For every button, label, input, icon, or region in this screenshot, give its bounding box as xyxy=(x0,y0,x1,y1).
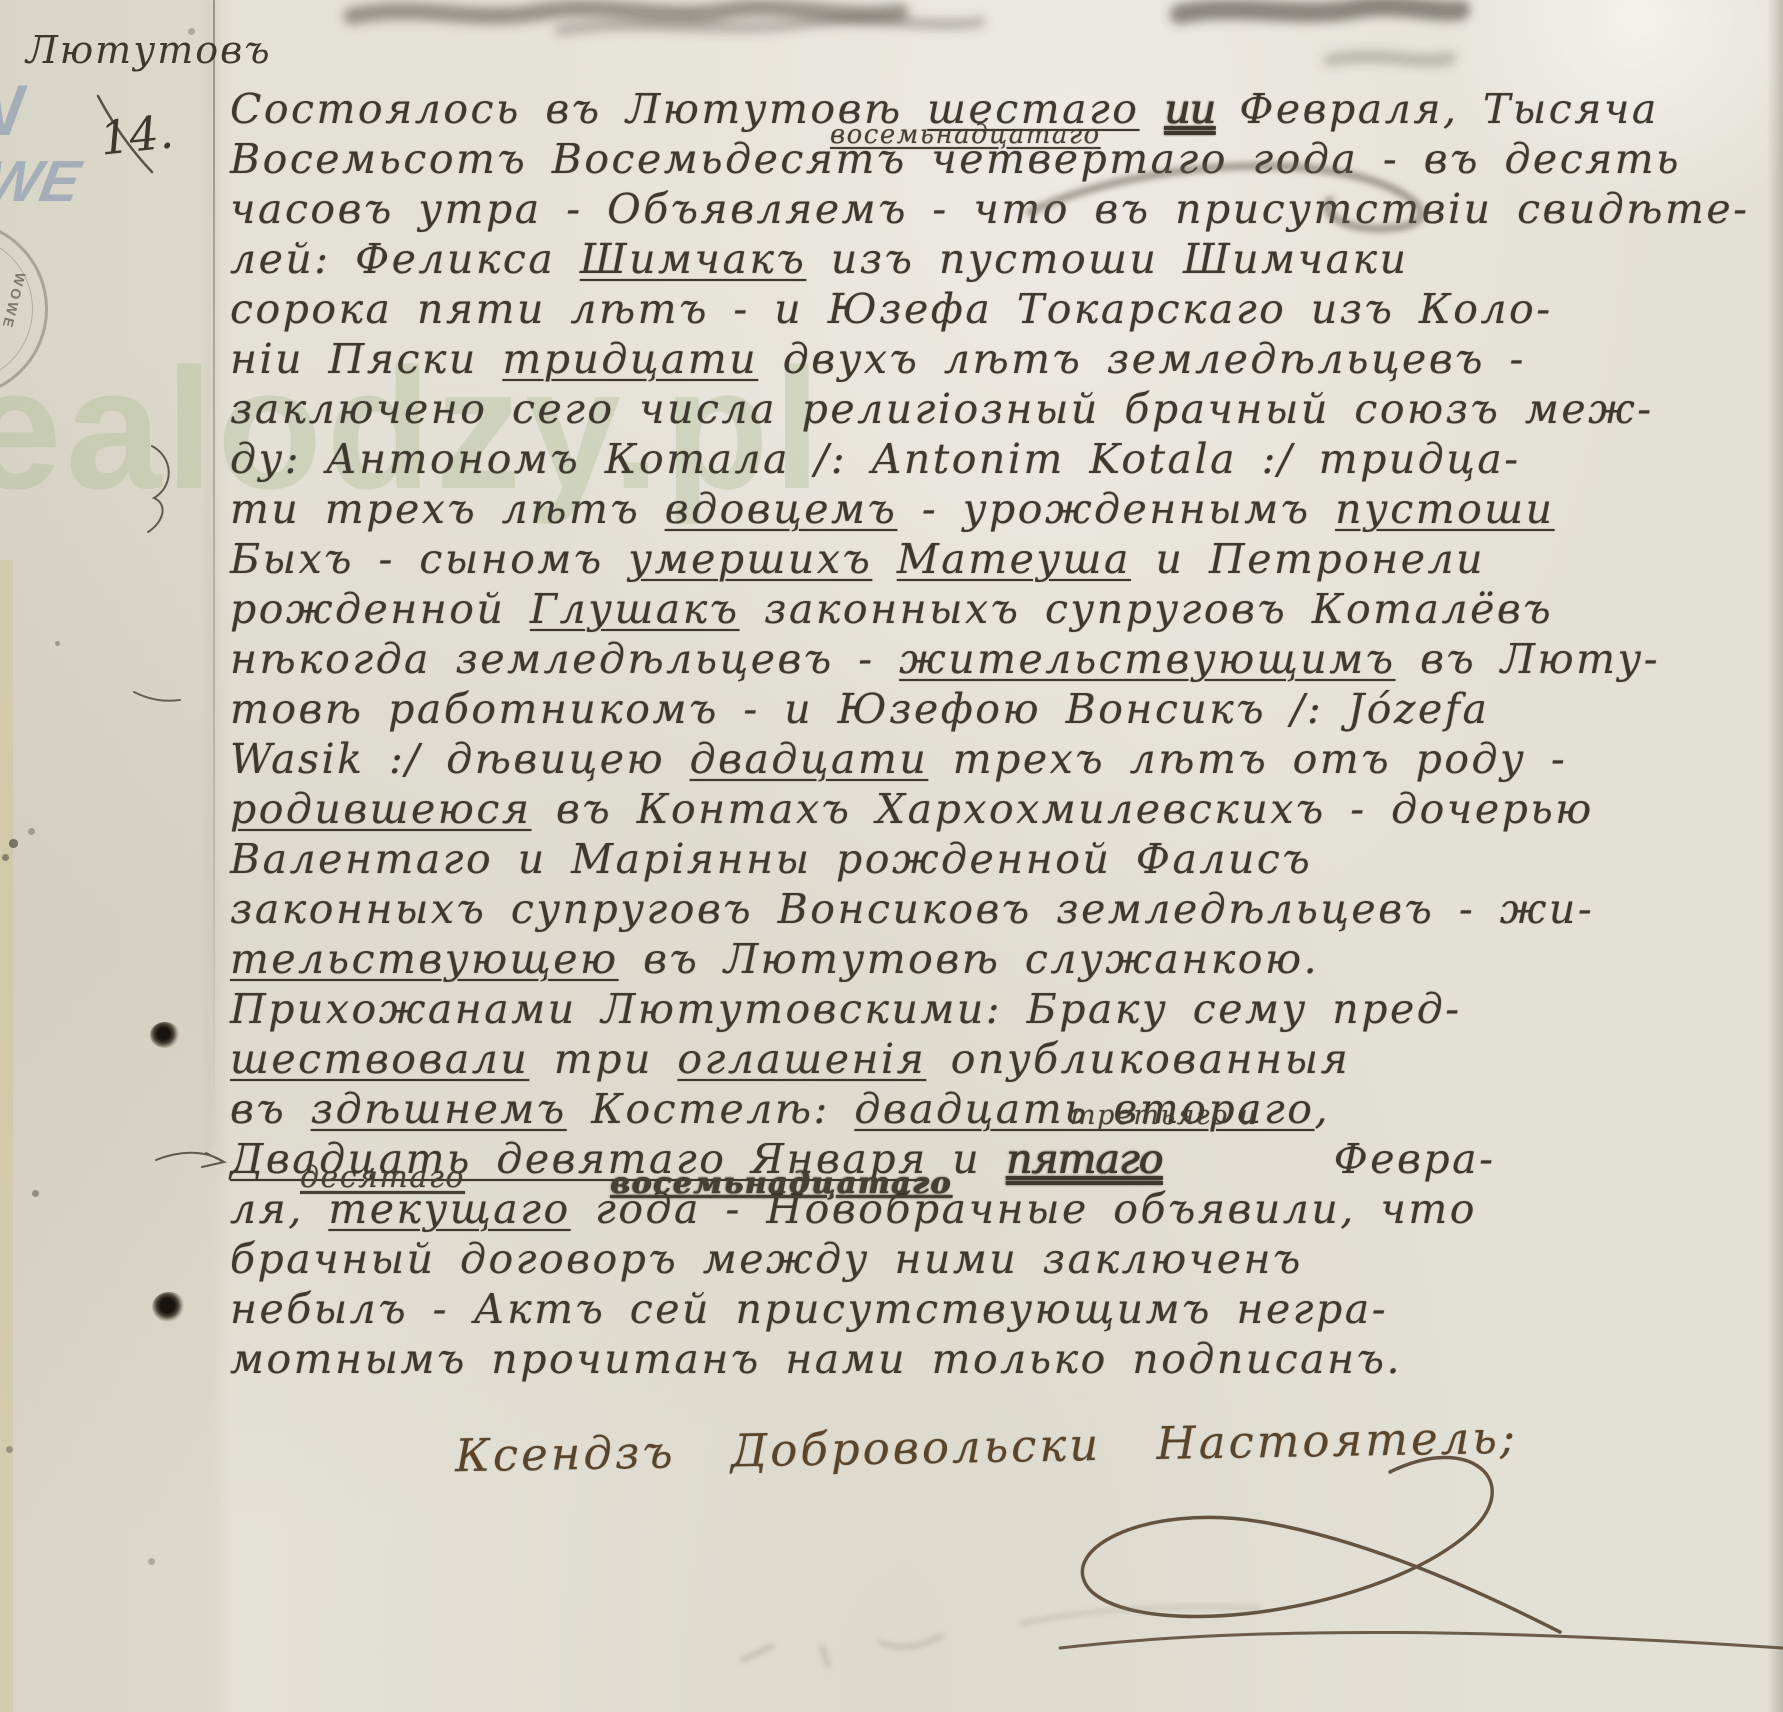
ink-hole-spot xyxy=(150,1022,180,1048)
text-line: въ здѣшнемъ Костелѣ: двадцать втораго, xyxy=(230,1084,1760,1134)
text-segment: опубликованныя xyxy=(926,1035,1350,1083)
text-segment: ніи Пяски xyxy=(230,335,502,383)
text-segment: мотнымъ прочитанъ нами только подписанъ. xyxy=(230,1335,1402,1383)
text-line: ніи Пяски тридцати двухъ лѣтъ земледѣльц… xyxy=(230,334,1760,384)
text-segment: , xyxy=(1314,1085,1330,1133)
text-segment: шествовали xyxy=(230,1035,529,1083)
interlinear-correction: третьяго и xyxy=(1070,1100,1258,1131)
text-segment xyxy=(872,535,897,583)
text-segment: законныхъ супруговъ Вонсиковъ земледѣльц… xyxy=(230,885,1594,933)
text-line: небылъ - Актъ сей присутствующимъ негра- xyxy=(230,1284,1760,1334)
text-segment: ти трехъ лѣтъ xyxy=(230,485,665,533)
text-segment: въ Контахъ Хархохмилевскихъ - дочерью xyxy=(532,785,1594,833)
text-line: законныхъ супруговъ Вонсиковъ земледѣльц… xyxy=(230,884,1760,934)
text-segment: Wasik :/ дѣвицею xyxy=(230,735,690,783)
paper-dirt-specks xyxy=(0,0,3,3)
text-segment: трехъ лѣтъ отъ роду - xyxy=(928,735,1567,783)
text-segment: Костелѣ: xyxy=(567,1085,855,1133)
text-segment: вдовцемъ xyxy=(665,485,898,533)
text-segment: пустоши xyxy=(1335,485,1554,533)
page-right-edge-shadow xyxy=(1767,0,1783,1712)
text-segment: законныхъ супруговъ Коталёвъ xyxy=(740,585,1554,633)
top-edge-smudge xyxy=(352,6,1460,60)
text-segment: Февра- xyxy=(1334,1135,1496,1183)
text-segment: лей: Феликса xyxy=(230,235,580,283)
text-segment: родившеюся xyxy=(230,785,532,833)
text-line: нѣкогда земледѣльцевъ - жительствующимъ … xyxy=(230,634,1760,684)
text-line: шествовали три оглашенія опубликованныя xyxy=(230,1034,1760,1084)
text-segment: Матеуша xyxy=(897,535,1131,583)
scanned-document-page: ealodzy.pl N WE WOWE Лютутовъ 14. Состоя… xyxy=(0,0,1783,1712)
text-segment: Прихожанами Лютутовскими: Браку сему пре… xyxy=(230,985,1462,1033)
vertical-fold-crease xyxy=(213,0,215,1150)
text-segment: Февраля, Тысяча xyxy=(1215,85,1659,133)
text-line: Валентаго и Маріянны рожденной Фалисъ xyxy=(230,834,1760,884)
pencil-marks xyxy=(742,1607,1260,1666)
text-segment: три xyxy=(529,1035,677,1083)
text-line: Быхъ - сыномъ умершихъ Матеуша и Петроне… xyxy=(230,534,1760,584)
interlinear-correction: десятаго xyxy=(300,1160,465,1195)
text-segment: въ Лютутовѣ служанкою. xyxy=(619,935,1320,983)
text-line: тельствующею въ Лютутовѣ служанкою. xyxy=(230,934,1760,984)
text-line: заключено сего числа религіозный брачный… xyxy=(230,384,1760,434)
blue-watermark-fragment-upper: N xyxy=(0,70,29,152)
text-segment: рожденной xyxy=(230,585,530,633)
text-line: лей: Феликса Шимчакъ изъ пустоши Шимчаки xyxy=(230,234,1760,284)
text-segment: умершихъ xyxy=(628,535,872,583)
text-segment: здѣшнемъ xyxy=(311,1085,567,1133)
text-line: ти трехъ лѣтъ вдовцемъ - урожденнымъ пус… xyxy=(230,484,1760,534)
interlinear-correction: восемьнадцатаго xyxy=(610,1166,952,1201)
text-segment: ду: Антономъ Котала /: Antonim Kotala :/… xyxy=(230,435,1521,483)
text-segment: нѣкогда земледѣльцевъ - xyxy=(230,635,899,683)
act-number: 14. xyxy=(97,104,175,165)
text-segment: пятаго xyxy=(1006,1135,1162,1183)
text-line: родившеюся въ Контахъ Хархохмилевскихъ -… xyxy=(230,784,1760,834)
text-segment: жительствующимъ xyxy=(899,635,1395,683)
page-left-edge-strip xyxy=(0,560,13,1712)
text-line: часовъ утра - Объявляемъ - что въ присут… xyxy=(230,184,1760,234)
text-segment: тельствующею xyxy=(230,935,619,983)
text-line: рожденной Глушакъ законныхъ супруговъ Ко… xyxy=(230,584,1760,634)
text-segment: двадцати xyxy=(690,735,929,783)
text-segment: часовъ утра - Объявляемъ - что въ присут… xyxy=(230,185,1749,233)
text-segment: заключено сего числа религіозный брачный… xyxy=(230,385,1654,433)
margin-place-name: Лютутовъ xyxy=(26,28,272,72)
text-segment: брачный договоръ между ними заключенъ xyxy=(230,1235,1303,1283)
text-line: сорока пяти лѣтъ - и Юзефа Токарскаго из… xyxy=(230,284,1760,334)
text-segment: Быхъ - сыномъ xyxy=(230,535,628,583)
text-line: Wasik :/ дѣвицею двадцати трехъ лѣтъ отъ… xyxy=(230,734,1760,784)
text-segment: и Петронели xyxy=(1131,535,1485,583)
blue-watermark-fragment-lower: WE xyxy=(0,148,85,215)
ink-hole-spot xyxy=(152,1292,186,1322)
text-line: Прихожанами Лютутовскими: Браку сему пре… xyxy=(230,984,1760,1034)
text-segment: въ Люту- xyxy=(1396,635,1661,683)
text-segment: небылъ - Актъ сей присутствующимъ негра- xyxy=(230,1285,1388,1333)
margin-pen-marks xyxy=(98,96,224,1167)
text-line: товѣ работникомъ - и Юзефою Вонсикъ /: J… xyxy=(230,684,1760,734)
text-segment: въ xyxy=(230,1085,311,1133)
text-segment: - урожденнымъ xyxy=(897,485,1335,533)
text-line: брачный договоръ между ними заключенъ xyxy=(230,1234,1760,1284)
text-segment: тридцати xyxy=(502,335,758,383)
text-segment: ии xyxy=(1164,85,1215,133)
text-segment: изъ пустоши Шимчаки xyxy=(806,235,1408,283)
text-segment: Состоялось въ Лютутовѣ xyxy=(230,85,927,133)
text-segment: сорока пяти лѣтъ - и Юзефа Токарскаго из… xyxy=(230,285,1553,333)
text-segment xyxy=(1139,85,1164,133)
text-segment: Шимчакъ xyxy=(580,235,806,283)
text-segment: Глушакъ xyxy=(530,585,740,633)
text-line: мотнымъ прочитанъ нами только подписанъ. xyxy=(230,1334,1760,1384)
text-segment: Валентаго и Маріянны рожденной Фалисъ xyxy=(230,835,1312,883)
text-segment: товѣ работникомъ - и Юзефою Вонсикъ /: J… xyxy=(230,685,1489,733)
text-segment: оглашенія xyxy=(677,1035,926,1083)
text-segment: двухъ лѣтъ земледѣльцевъ - xyxy=(758,335,1526,383)
signature-flourish xyxy=(1060,1457,1782,1648)
text-segment xyxy=(1162,1135,1334,1183)
priest-signature: Ксендзъ Добровольски Настоятель; xyxy=(455,1411,1519,1483)
interlinear-correction: восемьнадцатаго xyxy=(830,120,1101,150)
text-line: ду: Антономъ Котала /: Antonim Kotala :/… xyxy=(230,434,1760,484)
